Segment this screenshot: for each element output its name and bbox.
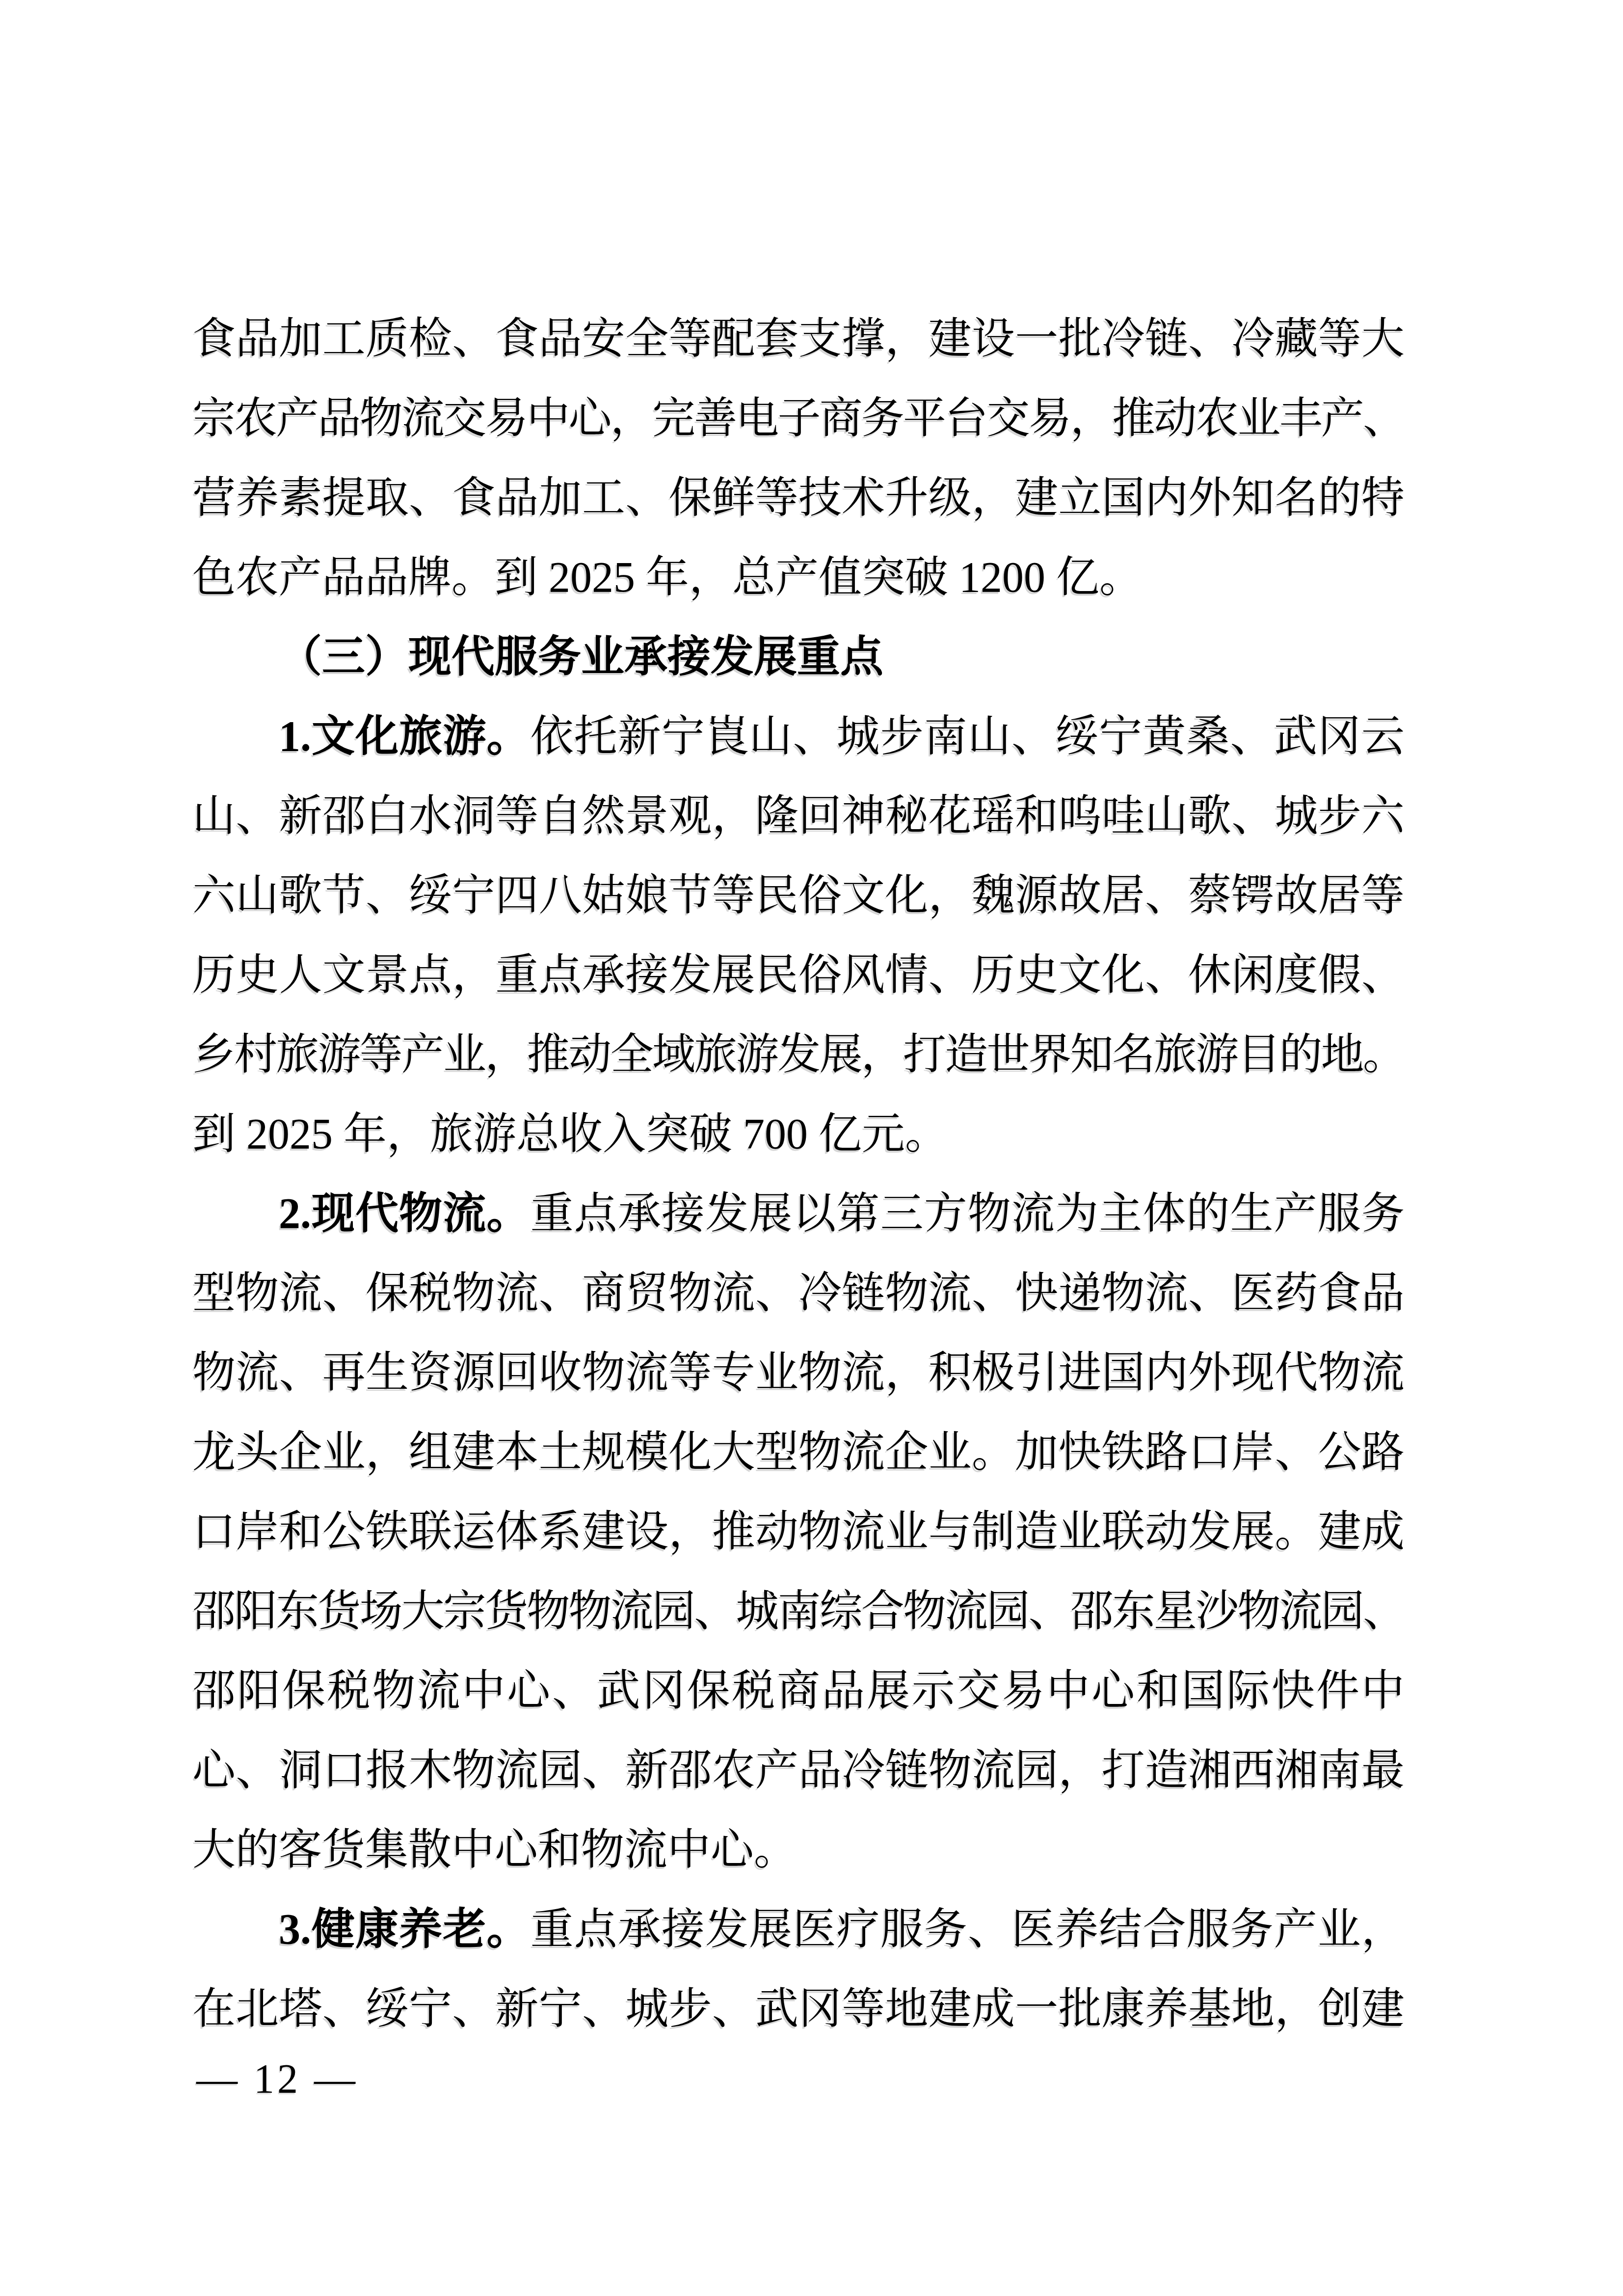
body-line: 宗农产品物流交易中心，完善电子商务平台交易，推动农业丰产、 <box>192 379 1405 459</box>
body-text: 重点承接发展医疗服务、医养结合服务产业， <box>531 1906 1405 1953</box>
body-line: 乡村旅游等产业，推动全域旅游发展，打造世界知名旅游目的地。 <box>192 1015 1405 1095</box>
page-number: — 12 — <box>196 2040 358 2119</box>
body-line: 历史人文景点，重点承接发展民俗风情、历史文化、休闲度假、 <box>192 936 1405 1015</box>
list-item-label: 2.现代物流。 <box>279 1190 531 1238</box>
body-line: 心、洞口报木物流园、新邵农产品冷链物流园，打造湘西湘南最 <box>192 1731 1405 1810</box>
body-line: 龙头企业，组建本土规模化大型物流企业。加快铁路口岸、公路 <box>192 1413 1405 1492</box>
body-line: 到 2025 年，旅游总收入突破 700 亿元。 <box>192 1095 1405 1174</box>
body-line: 物流、再生资源回收物流等专业物流，积极引进国内外现代物流 <box>192 1333 1405 1413</box>
body-line: 口岸和公铁联运体系建设，推动物流业与制造业联动发展。建成 <box>192 1492 1405 1572</box>
document-page: { "page": { "background_color": "#ffffff… <box>0 0 1623 2296</box>
body-line: 邵阳东货场大宗货物物流园、城南综合物流园、邵东星沙物流园、 <box>192 1572 1405 1651</box>
list-item-label: 3.健康养老。 <box>279 1906 531 1953</box>
paragraph-start-line: 1.文化旅游。依托新宁崀山、城步南山、绥宁黄桑、武冈云 <box>192 697 1405 777</box>
body-line: 山、新邵白水洞等自然景观，隆回神秘花瑶和呜哇山歌、城步六 <box>192 777 1405 856</box>
body-text: 重点承接发展以第三方物流为主体的生产服务 <box>531 1190 1405 1238</box>
body-line: 在北塔、绥宁、新宁、城步、武冈等地建成一批康养基地，创建 <box>192 1970 1405 2049</box>
body-line: 型物流、保税物流、商贸物流、冷链物流、快递物流、医药食品 <box>192 1254 1405 1333</box>
text-block: 食品加工质检、食品安全等配套支撑，建设一批冷链、冷藏等大 宗农产品物流交易中心，… <box>192 299 1405 2049</box>
body-line: 邵阳保税物流中心、武冈保税商品展示交易中心和国际快件中 <box>192 1651 1405 1731</box>
list-item-label: 1.文化旅游。 <box>279 713 531 760</box>
body-line: 食品加工质检、食品安全等配套支撑，建设一批冷链、冷藏等大 <box>192 299 1405 379</box>
body-line: 营养素提取、食品加工、保鲜等技术升级，建立国内外知名的特 <box>192 459 1405 538</box>
body-line: 六山歌节、绥宁四八姑娘节等民俗文化，魏源故居、蔡锷故居等 <box>192 856 1405 936</box>
paragraph-start-line: 2.现代物流。重点承接发展以第三方物流为主体的生产服务 <box>192 1174 1405 1254</box>
body-text: 依托新宁崀山、城步南山、绥宁黄桑、武冈云 <box>531 713 1405 760</box>
body-line: 色农产品品牌。到 2025 年，总产值突破 1200 亿。 <box>192 538 1405 618</box>
section-heading: （三）现代服务业承接发展重点 <box>192 618 1405 697</box>
paragraph-start-line: 3.健康养老。重点承接发展医疗服务、医养结合服务产业， <box>192 1890 1405 1970</box>
body-line: 大的客货集散中心和物流中心。 <box>192 1810 1405 1890</box>
